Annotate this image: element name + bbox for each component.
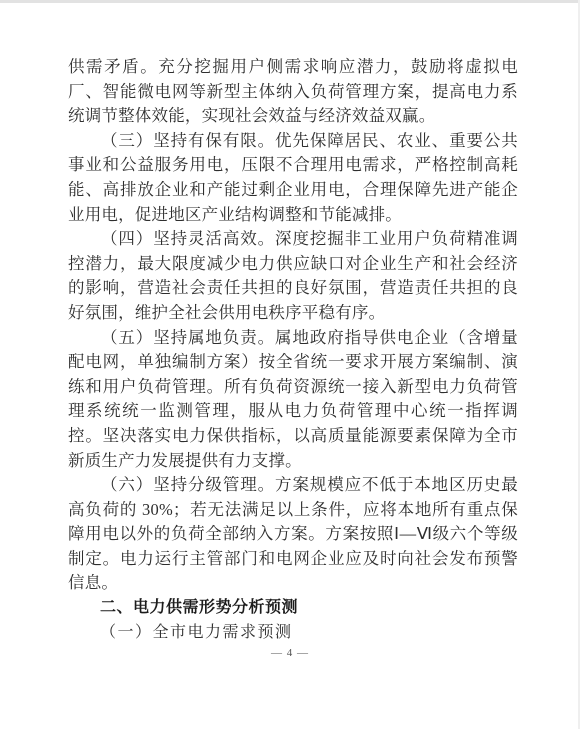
page-number: — 4 —: [0, 647, 580, 659]
body-paragraph: （四）坚持灵活高效。深度挖掘非工业用户负荷精准调控潜力，最大限度减少电力供应缺口…: [68, 227, 518, 325]
body-paragraph: 供需矛盾。充分挖掘用户侧需求响应潜力，鼓励将虚拟电厂、智能微电网等新型主体纳入负…: [68, 55, 518, 129]
document-page: 供需矛盾。充分挖掘用户侧需求响应潜力，鼓励将虚拟电厂、智能微电网等新型主体纳入负…: [0, 0, 580, 729]
paragraph-list: 供需矛盾。充分挖掘用户侧需求响应潜力，鼓励将虚拟电厂、智能微电网等新型主体纳入负…: [68, 55, 518, 596]
body-paragraph: （五）坚持属地负责。属地政府指导供电企业（含增量配电网，单独编制方案）按全省统一…: [68, 326, 518, 474]
scan-edge-top: [0, 0, 580, 3]
subsection-heading: （一）全市电力需求预测: [68, 621, 518, 646]
section-heading: 二、电力供需形势分析预测: [68, 596, 518, 621]
body-paragraph: （三）坚持有保有限。优先保障居民、农业、重要公共事业和公益服务用电，压限不合理用…: [68, 129, 518, 227]
document-body: 供需矛盾。充分挖掘用户侧需求响应潜力，鼓励将虚拟电厂、智能微电网等新型主体纳入负…: [68, 55, 518, 645]
body-paragraph: （六）坚持分级管理。方案规模应不低于本地区历史最高负荷的 30%；若无法满足以上…: [68, 473, 518, 596]
